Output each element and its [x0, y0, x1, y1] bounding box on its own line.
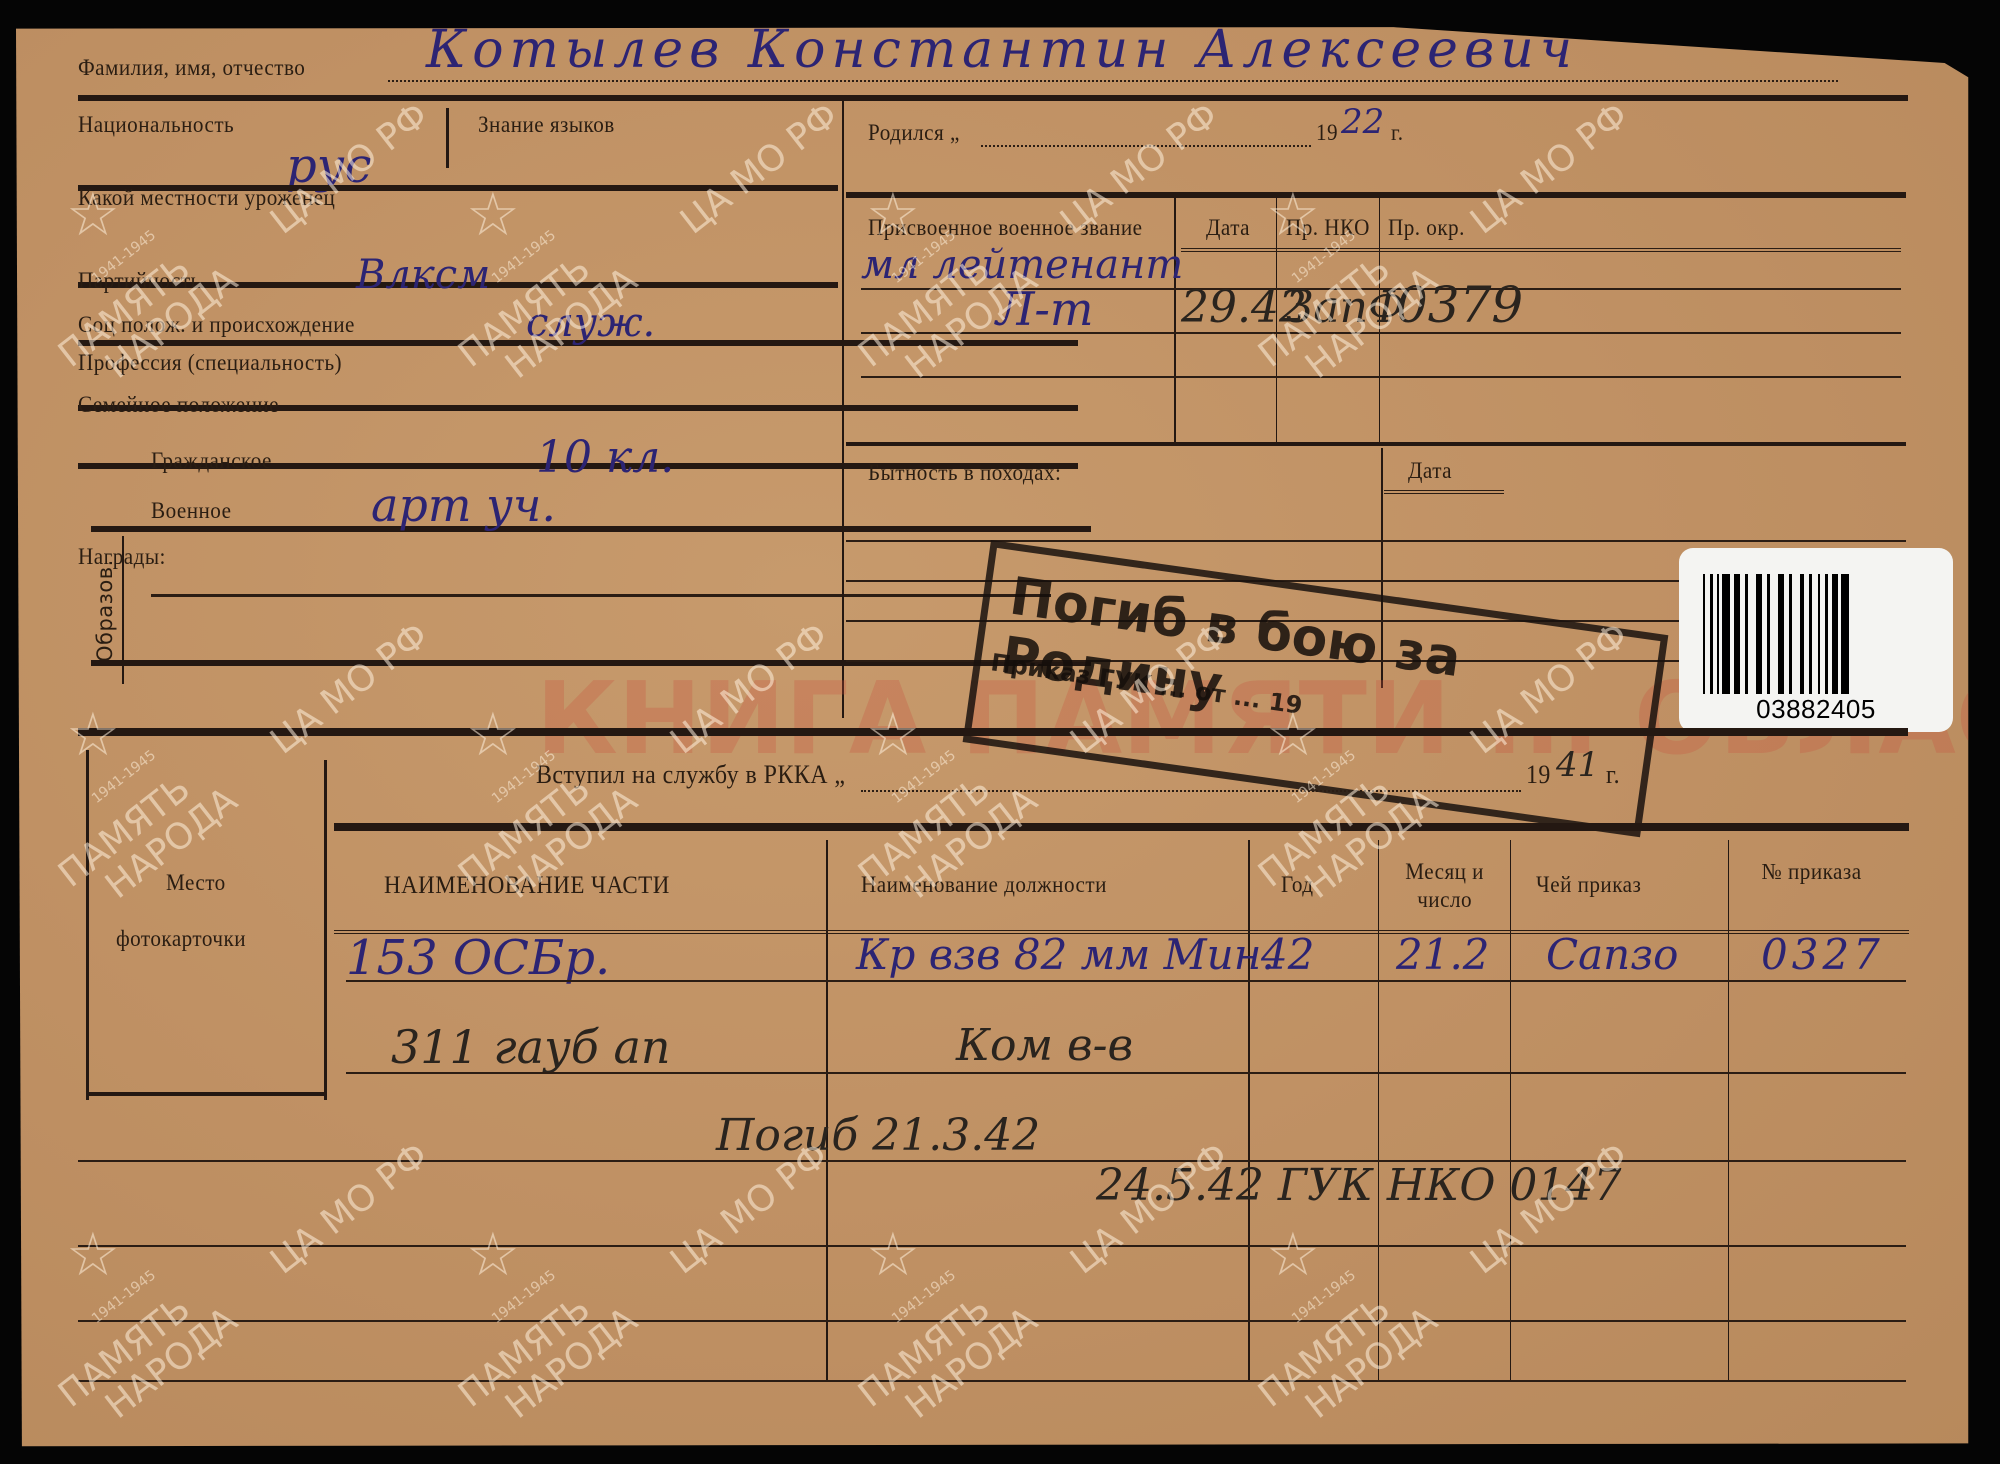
full-name-dotted-line: [388, 80, 1838, 82]
barcode-bar: [1792, 574, 1800, 694]
service-row-1-order-number: 0327: [1761, 930, 1884, 979]
rank-row-2-rank: Л-т: [996, 282, 1094, 336]
service-row-2-unit: 311 гауб ап: [391, 1020, 671, 1074]
project-watermark: ПАМЯТЬНАРОДА: [852, 1271, 1044, 1444]
born-dotted-line: [981, 145, 1311, 147]
divider: [842, 98, 844, 718]
divider: [78, 95, 1908, 101]
divider: [1510, 840, 1511, 1380]
education-label: Образов.: [93, 559, 117, 662]
born-year-suffix: г.: [1391, 120, 1404, 146]
service-row-1-position: Кр взв 82 мм Мин.: [856, 930, 1275, 979]
archive-watermark: ЦА МО РФ: [1464, 96, 1635, 241]
born-label: Родился „: [868, 120, 960, 146]
registration-card: Фамилия, имя, отчество Котылев Константи…: [16, 20, 1984, 1452]
divider: [86, 750, 89, 1100]
divider: [346, 1072, 1906, 1074]
years-watermark: 1941-1945: [890, 1268, 959, 1327]
divider: [861, 376, 1901, 378]
killed-in-action-stamp: Погиб в бою за Родину Приказ ГУК ... от …: [963, 540, 1669, 837]
party-value: Влксм: [356, 252, 490, 298]
star-icon: ☆: [466, 1220, 520, 1290]
joined-year-value: 41: [1556, 745, 1599, 785]
archive-watermark: ЦА МО РФ: [264, 1136, 435, 1281]
barcode-bar: [1849, 574, 1857, 694]
service-row-3-note: Погиб 21.3.42: [716, 1110, 1040, 1161]
archive-watermark: ЦА МО РФ: [674, 96, 845, 241]
archive-watermark: ЦА МО РФ: [264, 616, 435, 761]
born-year-value: 22: [1341, 102, 1384, 142]
social-origin-value: служ.: [526, 300, 655, 346]
rank-row-2-okr: 0379: [1396, 276, 1523, 334]
barcode-bar: [1722, 574, 1730, 694]
year-header: Год: [1281, 872, 1314, 898]
full-name-label: Фамилия, имя, отчество: [78, 55, 305, 81]
project-watermark: ПАМЯТЬНАРОДА: [1252, 1271, 1444, 1444]
divider: [151, 594, 1051, 597]
military-education-value: арт уч.: [371, 478, 556, 532]
divider: [1181, 248, 1901, 252]
project-watermark: ПАМЯТЬНАРОДА: [52, 1271, 244, 1444]
divider: [1174, 196, 1176, 446]
barcode-sticker: 03882405: [1679, 548, 1953, 732]
star-icon: ☆: [66, 1220, 120, 1290]
joined-dotted-line: [861, 790, 1521, 792]
divider: [1728, 840, 1729, 1380]
barcode-bar: [1841, 574, 1849, 694]
barcode-bar: [1770, 574, 1778, 694]
divider: [91, 526, 1091, 532]
rank-header: Присвоенное военное звание: [868, 215, 1143, 241]
photo-place-label-1: Место: [166, 870, 226, 896]
campaigns-date-label: Дата: [1408, 458, 1452, 484]
civil-education-value: 10 кл.: [536, 432, 674, 483]
divider: [446, 108, 449, 168]
years-watermark: 1941-1945: [490, 228, 559, 287]
rank-row-2-nko: ЗапФ: [1286, 282, 1405, 333]
family-status-label: Семейное положение: [78, 392, 279, 418]
rank-nko-header: Пр. НКО: [1286, 215, 1370, 241]
month-day-header: Месяц и число: [1394, 858, 1495, 913]
birthplace-label: Какой местности уроженец: [78, 185, 335, 211]
divider: [846, 442, 1906, 446]
project-watermark: ПАМЯТЬНАРОДА: [852, 751, 1044, 924]
divider: [78, 1160, 1906, 1162]
joined-rkka-label: Вступил на службу в РККА „: [536, 760, 846, 790]
military-education-label: Военное: [151, 498, 231, 524]
divider: [1378, 840, 1379, 1380]
profession-label: Профессия (специальность): [78, 350, 342, 376]
divider: [1248, 840, 1250, 1380]
divider: [334, 823, 1909, 831]
social-origin-label: Соц полож. и происхождение: [78, 312, 355, 338]
service-row-1-unit: 153 ОСБр.: [346, 930, 610, 986]
divider: [846, 192, 1906, 198]
whose-order-header: Чей приказ: [1536, 872, 1641, 898]
years-watermark: 1941-1945: [90, 748, 159, 807]
photo-place-label-2: фотокарточки: [116, 926, 246, 952]
star-icon: ☆: [1266, 1220, 1320, 1290]
divider: [1384, 490, 1504, 494]
born-year-prefix: 19: [1316, 120, 1338, 146]
civil-education-label: Гражданское: [151, 448, 272, 474]
joined-year-suffix: г.: [1606, 760, 1620, 790]
years-watermark: 1941-1945: [490, 1268, 559, 1327]
barcode-number: 03882405: [1679, 694, 1953, 725]
divider: [78, 1245, 1906, 1247]
awards-label: Награды:: [78, 544, 166, 570]
full-name-value: Котылев Константин Алексеевич: [426, 20, 1578, 80]
divider: [324, 760, 327, 1100]
unit-header: НАИМЕНОВАНИЕ ЧАСТИ: [384, 872, 670, 900]
years-watermark: 1941-1945: [1290, 1268, 1359, 1327]
party-label: Партийность: [78, 268, 201, 294]
divider: [78, 1320, 1906, 1322]
barcode-bars: [1703, 574, 1929, 694]
order-number-header: № приказа: [1761, 858, 1862, 886]
service-row-1-whose-order: Сапзо: [1546, 930, 1678, 979]
nationality-label: Национальность: [78, 112, 234, 138]
divider: [78, 1380, 1906, 1382]
barcode-bar: [1748, 574, 1756, 694]
divider: [86, 1092, 326, 1096]
project-watermark: ПАМЯТЬНАРОДА: [452, 1271, 644, 1444]
divider: [861, 332, 1901, 334]
rank-date-header: Дата: [1206, 215, 1250, 241]
service-row-4-note: 24.5.42 ГУК НКО 0147: [1096, 1160, 1621, 1211]
joined-year-prefix: 19: [1526, 760, 1551, 790]
project-watermark: ПАМЯТЬНАРОДА: [52, 751, 244, 924]
languages-label: Знание языков: [478, 112, 615, 138]
service-row-1-day: 21.2: [1396, 930, 1490, 979]
years-watermark: 1941-1945: [90, 1268, 159, 1327]
service-row-2-position: Ком в-в: [956, 1020, 1133, 1071]
divider: [78, 728, 1908, 736]
rank-okr-header: Пр. окр.: [1388, 215, 1465, 241]
divider: [346, 980, 1906, 982]
service-row-1-year: 42: [1261, 930, 1314, 979]
star-icon: ☆: [866, 1220, 920, 1290]
position-header: Наименование должности: [861, 872, 1107, 898]
campaigns-label: Бытность в походах:: [868, 460, 1061, 486]
